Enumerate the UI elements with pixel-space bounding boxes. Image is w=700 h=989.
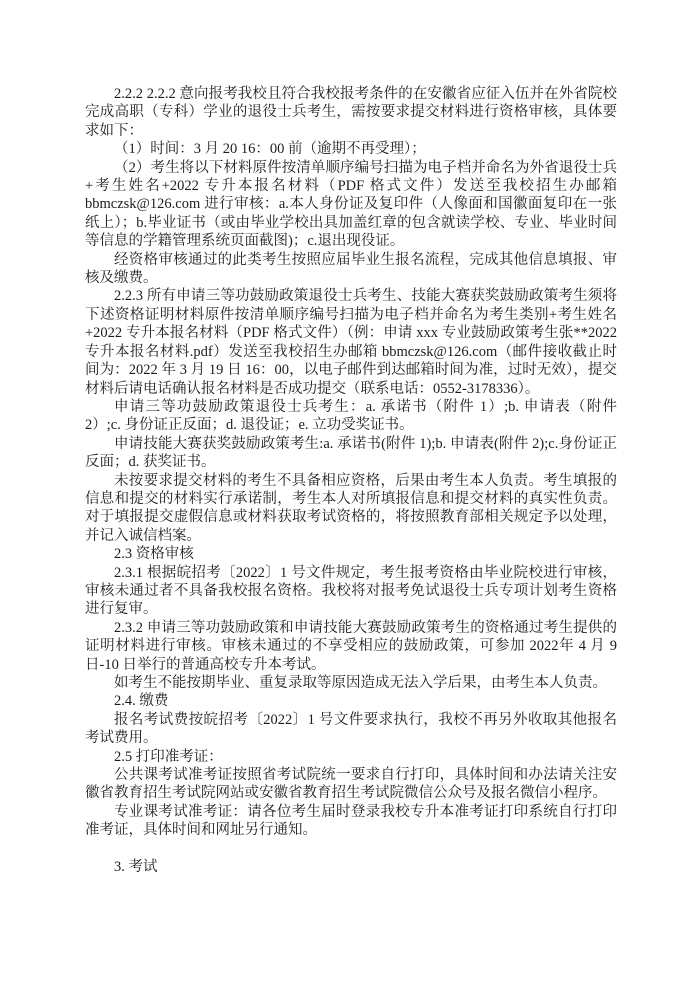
heading-2-4-payment: 2.4. 缴费 bbox=[85, 692, 617, 710]
para-major-course-ticket: 专业课考试准考证：请各位考生届时登录我校专升本准考证打印系统自行打印准考证，具体… bbox=[85, 803, 617, 840]
para-skill-competition-list: 申请技能大赛获奖鼓励政策考生:a. 承诺书(附件 1);b. 申请表(附件 2)… bbox=[85, 435, 617, 472]
heading-2-3-qualification-review: 2.3 资格审核 bbox=[85, 545, 617, 563]
para-after-review-process: 经资格审核通过的此类考生按照应届毕业生报名流程，完成其他信息填报、审核及缴费。 bbox=[85, 251, 617, 288]
para-item-1-deadline: （1）时间：3 月 20 16：00 前（逾期不再受理）； bbox=[85, 140, 617, 158]
para-responsibility-statement: 未按要求提交材料的考生不具备相应资格，后果由考生本人负责。考生填报的信息和提交的… bbox=[85, 472, 617, 546]
para-2-2-2-out-of-province-veterans: 2.2.2 2.2.2 意向报考我校且符合我校报考条件的在安徽省应征入伍并在外省… bbox=[85, 85, 617, 140]
document-page: 2.2.2 2.2.2 意向报考我校且符合我校报考条件的在安徽省应征入伍并在外省… bbox=[0, 0, 700, 989]
para-exam-fee: 报名考试费按皖招考〔2022〕1 号文件要求执行，我校不再另外收取其他报名考试费… bbox=[85, 711, 617, 748]
para-enrollment-risk: 如考生不能按期毕业、重复录取等原因造成无法入学后果，由考生本人负责。 bbox=[85, 674, 617, 692]
para-2-3-1-review-by-college: 2.3.1 根据皖招考〔2022〕1 号文件规定，考生报考资格由毕业院校进行审核… bbox=[85, 564, 617, 619]
heading-3-exam: 3. 考试 bbox=[85, 858, 617, 876]
heading-2-5-print-admission-ticket: 2.5 打印准考证： bbox=[85, 748, 617, 766]
document-body: 2.2.2 2.2.2 意向报考我校且符合我校报考条件的在安徽省应征入伍并在外省… bbox=[85, 85, 617, 876]
para-2-2-3-incentive-policy-materials: 2.2.3 所有申请三等功鼓励政策退役士兵考生、技能大赛获奖鼓励政策考生须将下述… bbox=[85, 287, 617, 397]
para-item-2-materials-email: （2）考生将以下材料原件按清单顺序编号扫描为电子档并命名为外省退役士兵+考生姓名… bbox=[85, 159, 617, 251]
para-third-class-merit-list: 申请三等功鼓励政策退役士兵考生：a. 承诺书（附件 1）;b. 申请表（附件 2… bbox=[85, 398, 617, 435]
para-2-3-2-incentive-review: 2.3.2 申请三等功鼓励政策和申请技能大赛鼓励政策考生的资格通过考生提供的证明… bbox=[85, 619, 617, 674]
para-public-course-ticket: 公共课考试准考证按照省考试院统一要求自行打印，具体时间和办法请关注安徽省教育招生… bbox=[85, 766, 617, 803]
